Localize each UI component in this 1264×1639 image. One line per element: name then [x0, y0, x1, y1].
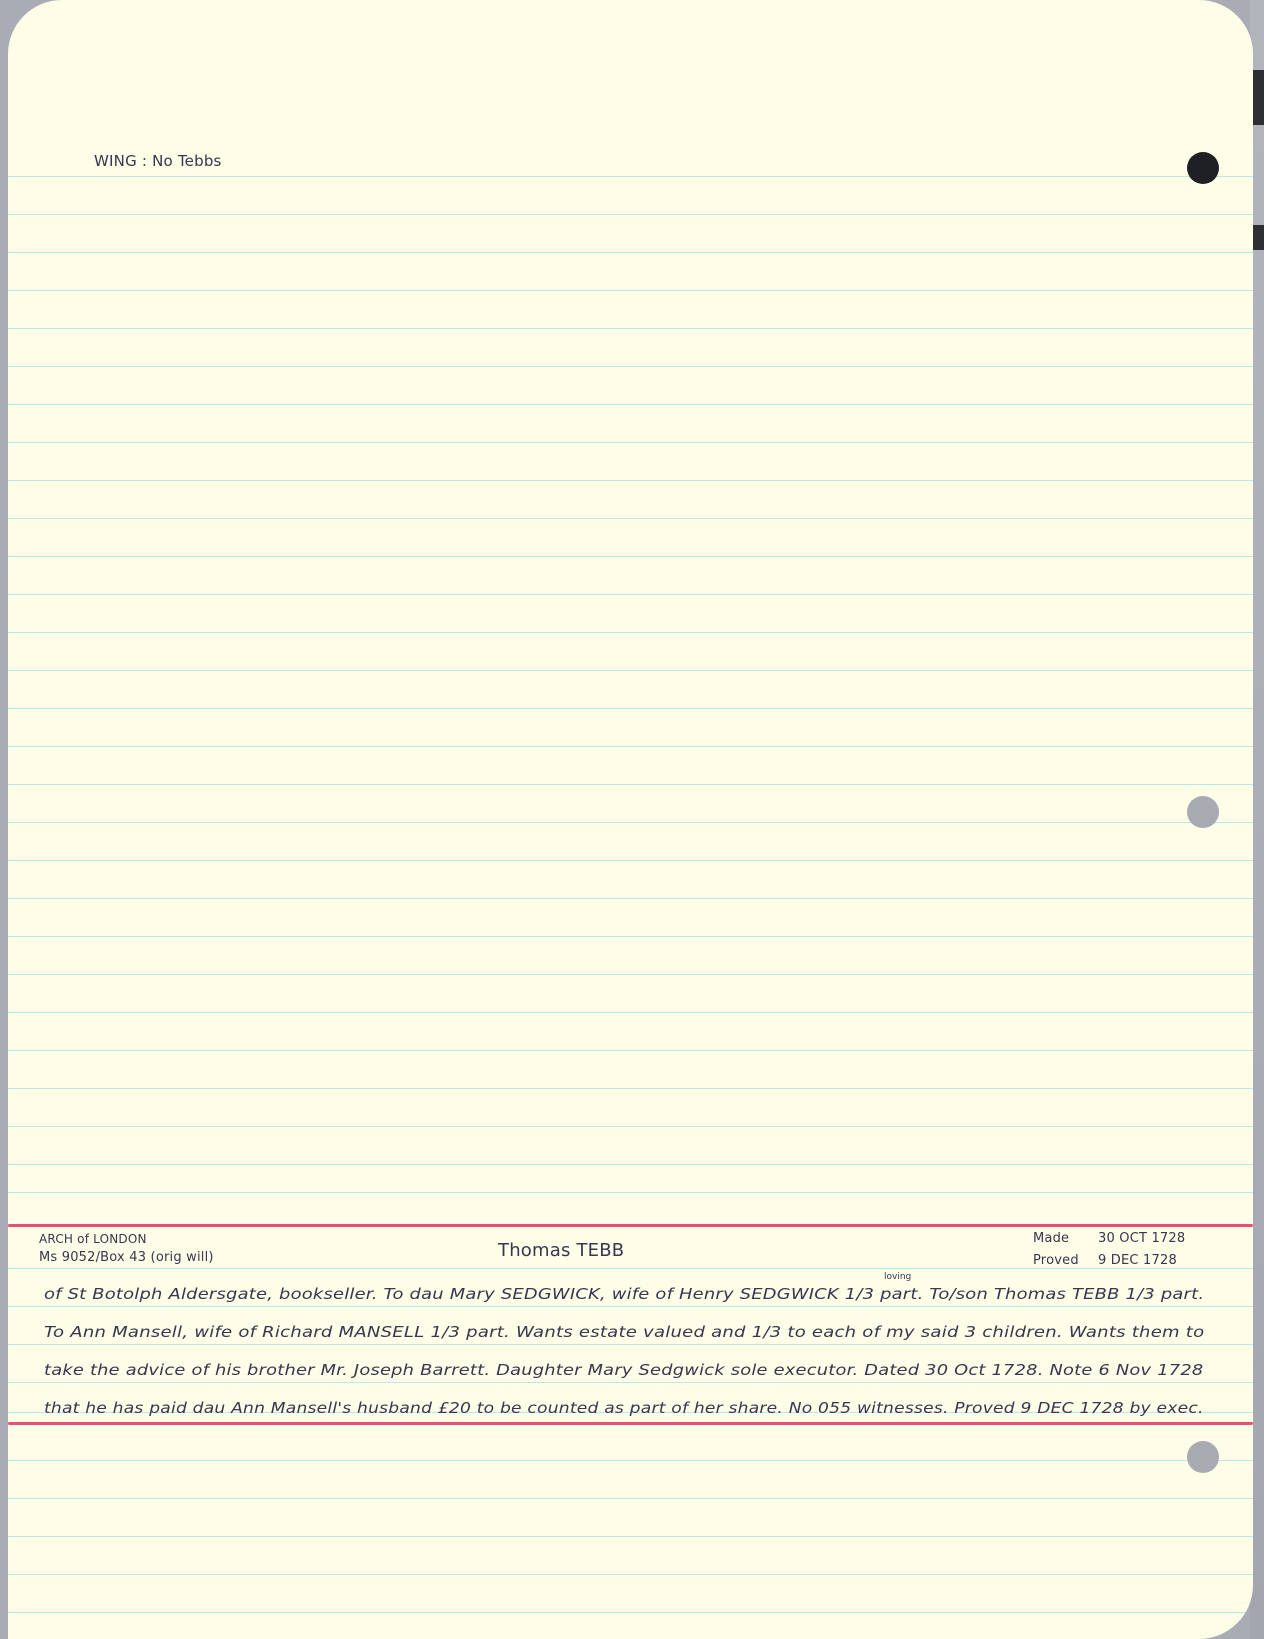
record-body-line: that he has paid dau Ann Mansell's husba…: [44, 1399, 1204, 1417]
proved-date: 9 DEC 1728: [1098, 1253, 1177, 1268]
insertion-note: loving: [884, 1272, 911, 1282]
proved-label: Proved: [1033, 1253, 1079, 1268]
record-body-line: To Ann Mansell, wife of Richard MANSELL …: [44, 1323, 1204, 1341]
punch-hole: [1187, 796, 1219, 828]
archive-label: ARCH of LONDON: [39, 1232, 147, 1246]
punch-hole: [1187, 1441, 1219, 1473]
made-label: Made: [1033, 1231, 1069, 1246]
reference-label: Ms 9052/Box 43 (orig will): [39, 1250, 214, 1265]
record-name: Thomas TEBB: [498, 1240, 624, 1261]
notebook-page: WING : No Tebbs ARCH of LONDON Ms 9052/B…: [8, 0, 1253, 1639]
made-date: 30 OCT 1728: [1098, 1231, 1185, 1246]
record-bottom-rule: [8, 1422, 1253, 1425]
top-note: WING : No Tebbs: [94, 152, 222, 170]
record-body-line: of St Botolph Aldersgate, bookseller. To…: [44, 1285, 1204, 1303]
record-top-rule: [8, 1224, 1253, 1227]
record-body-line: take the advice of his brother Mr. Josep…: [44, 1361, 1203, 1379]
punch-hole: [1187, 152, 1219, 184]
